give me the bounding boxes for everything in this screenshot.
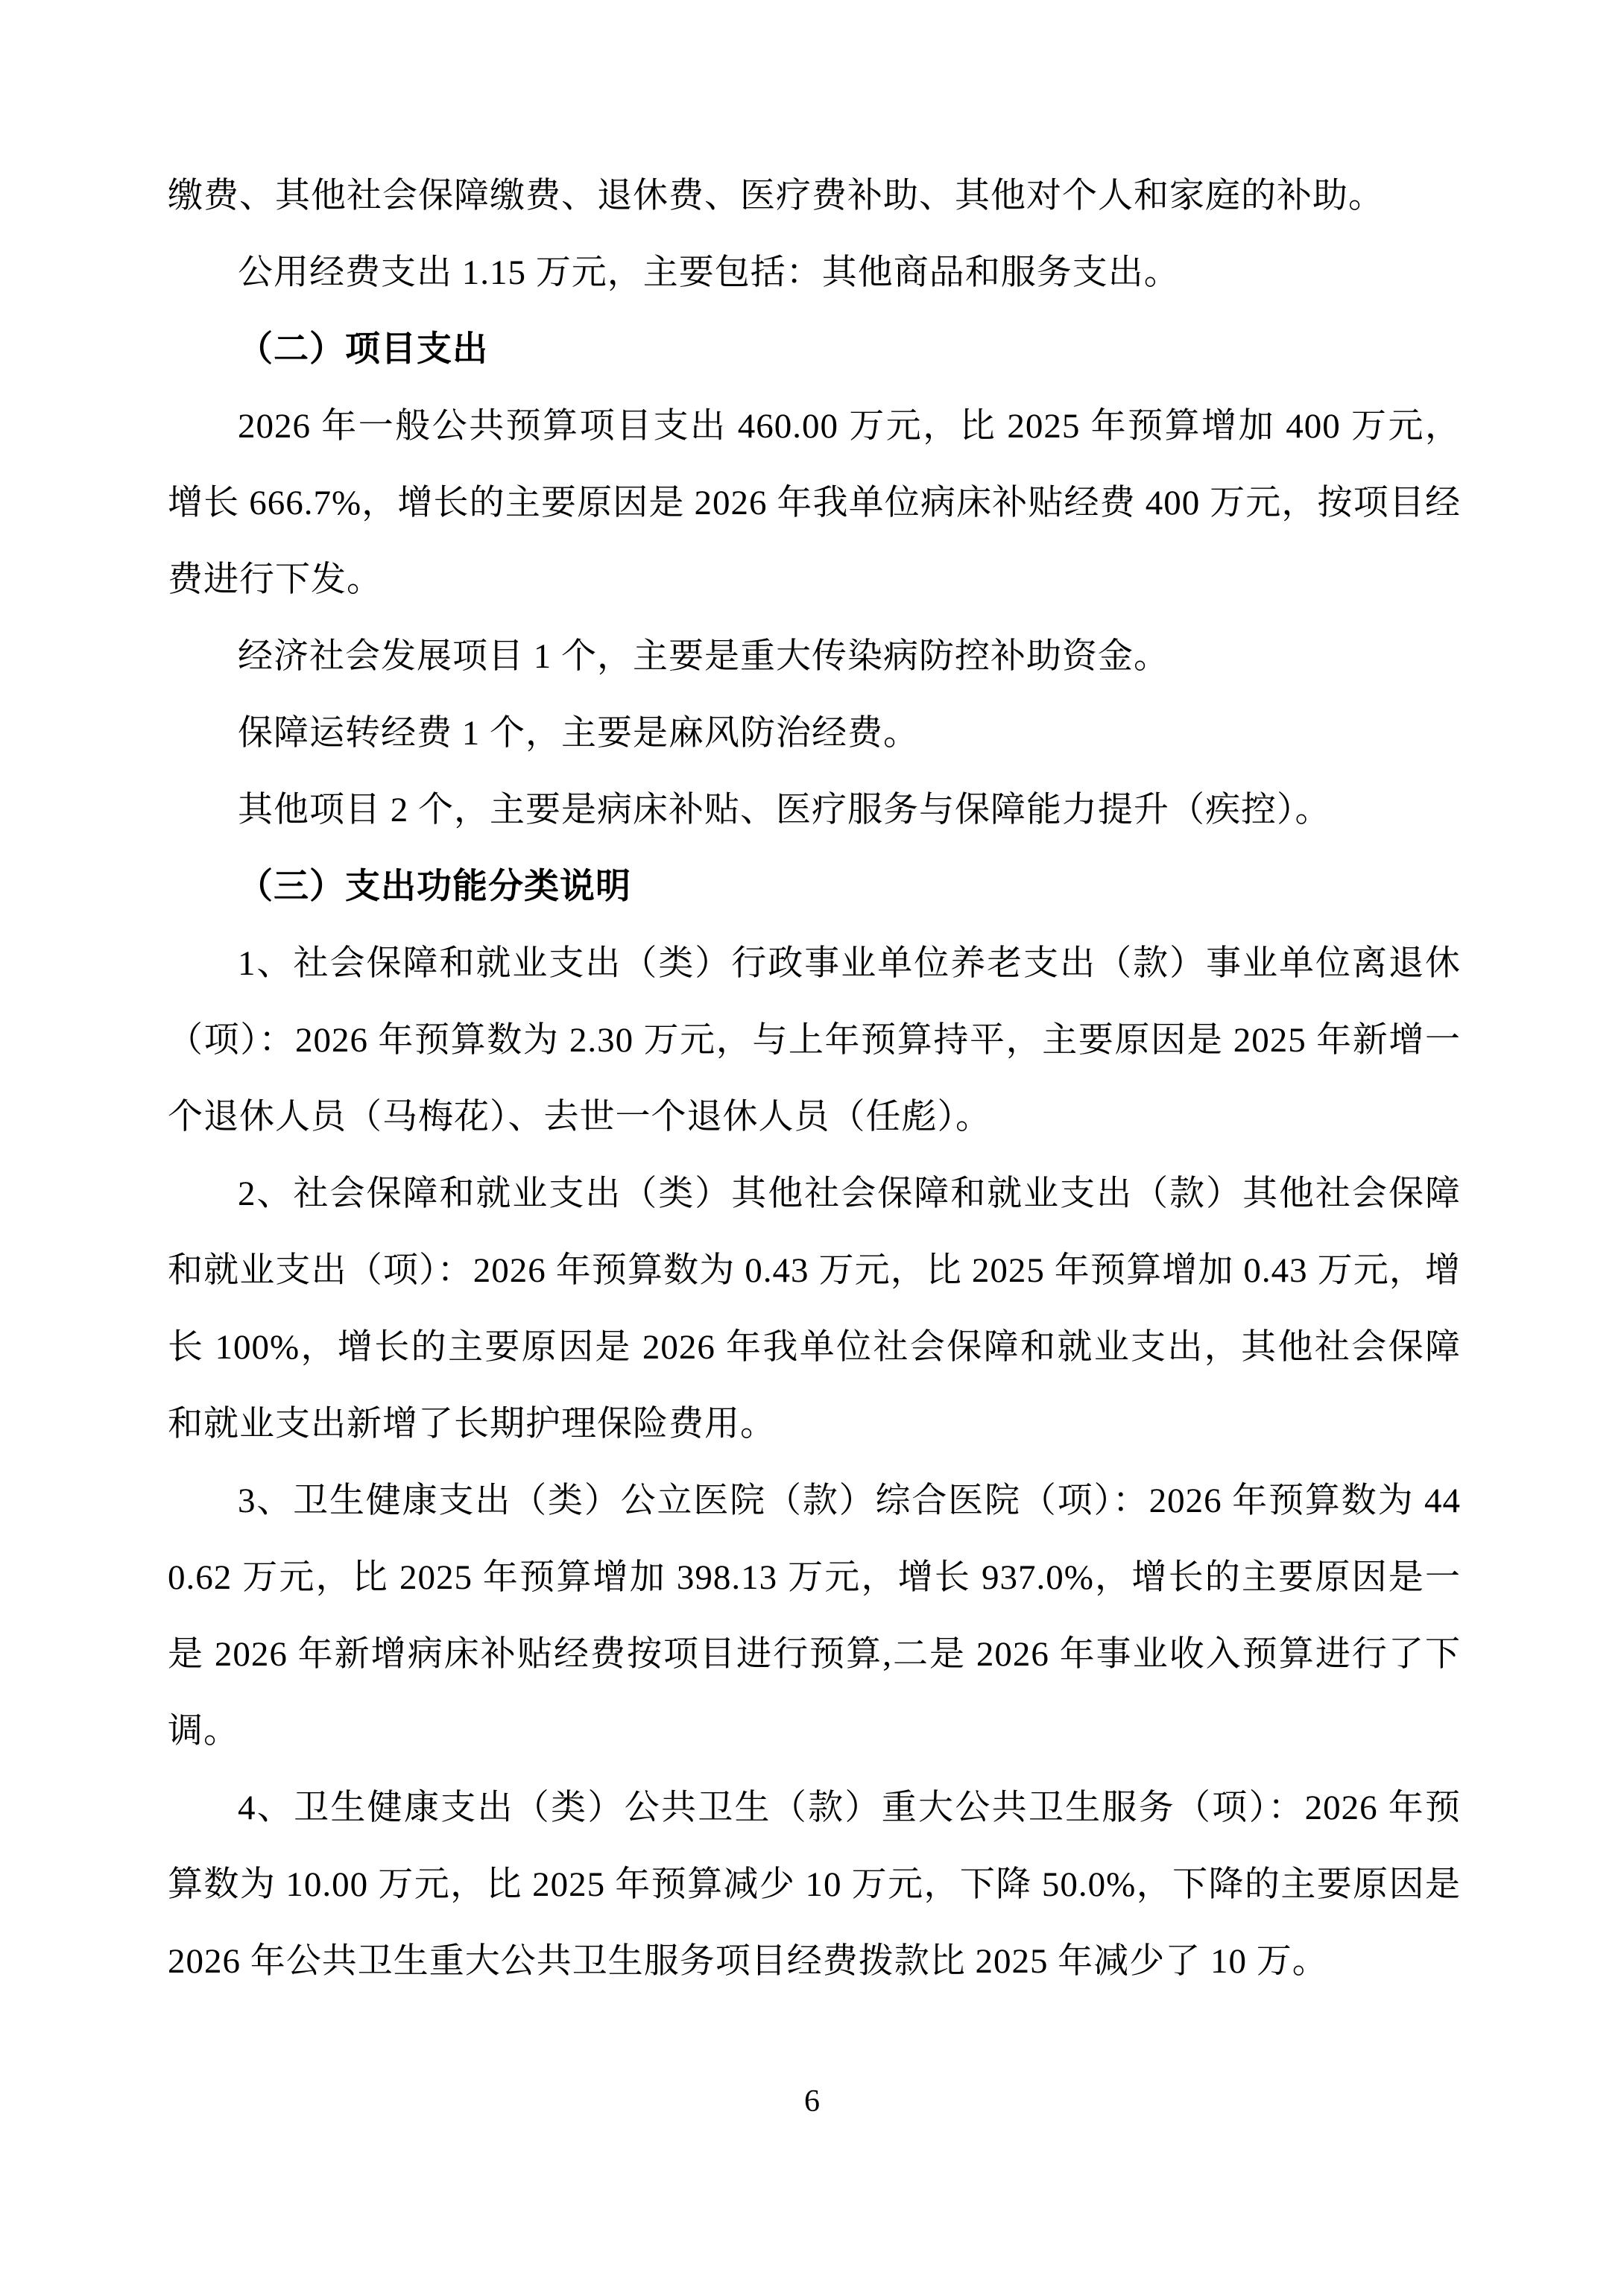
paragraph: 其他项目 2 个，主要是病床补贴、医疗服务与保障能力提升（疾控）。 xyxy=(168,772,1461,849)
paragraph: 保障运转经费 1 个，主要是麻风防治经费。 xyxy=(168,695,1461,772)
paragraph: 经济社会发展项目 1 个，主要是重大传染病防控补助资金。 xyxy=(168,619,1461,695)
page-footer: 6 xyxy=(0,2078,1624,2125)
page-number: 6 xyxy=(804,2084,820,2119)
section-heading: （二）项目支出 xyxy=(168,311,1461,388)
paragraph: 2026 年一般公共预算项目支出 460.00 万元，比 2025 年预算增加 … xyxy=(168,388,1461,619)
paragraph: 1、社会保障和就业支出（类）行政事业单位养老支出（款）事业单位离退休（项）：20… xyxy=(168,926,1461,1156)
paragraph: 4、卫生健康支出（类）公共卫生（款）重大公共卫生服务（项）：2026 年预算数为… xyxy=(168,1770,1461,2000)
paragraph: 3、卫生健康支出（类）公立医院（款）综合医院（项）：2026 年预算数为 440… xyxy=(168,1463,1461,1770)
document-page: 缴费、其他社会保障缴费、退休费、医疗费补助、其他对个人和家庭的补助。公用经费支出… xyxy=(0,0,1624,2296)
paragraph: 2、社会保障和就业支出（类）其他社会保障和就业支出（款）其他社会保障和就业支出（… xyxy=(168,1156,1461,1463)
section-heading: （三）支出功能分类说明 xyxy=(168,849,1461,926)
paragraph: 公用经费支出 1.15 万元，主要包括：其他商品和服务支出。 xyxy=(168,235,1461,311)
paragraph: 缴费、其他社会保障缴费、退休费、医疗费补助、其他对个人和家庭的补助。 xyxy=(168,158,1461,235)
document-content: 缴费、其他社会保障缴费、退休费、医疗费补助、其他对个人和家庭的补助。公用经费支出… xyxy=(168,158,1461,2000)
